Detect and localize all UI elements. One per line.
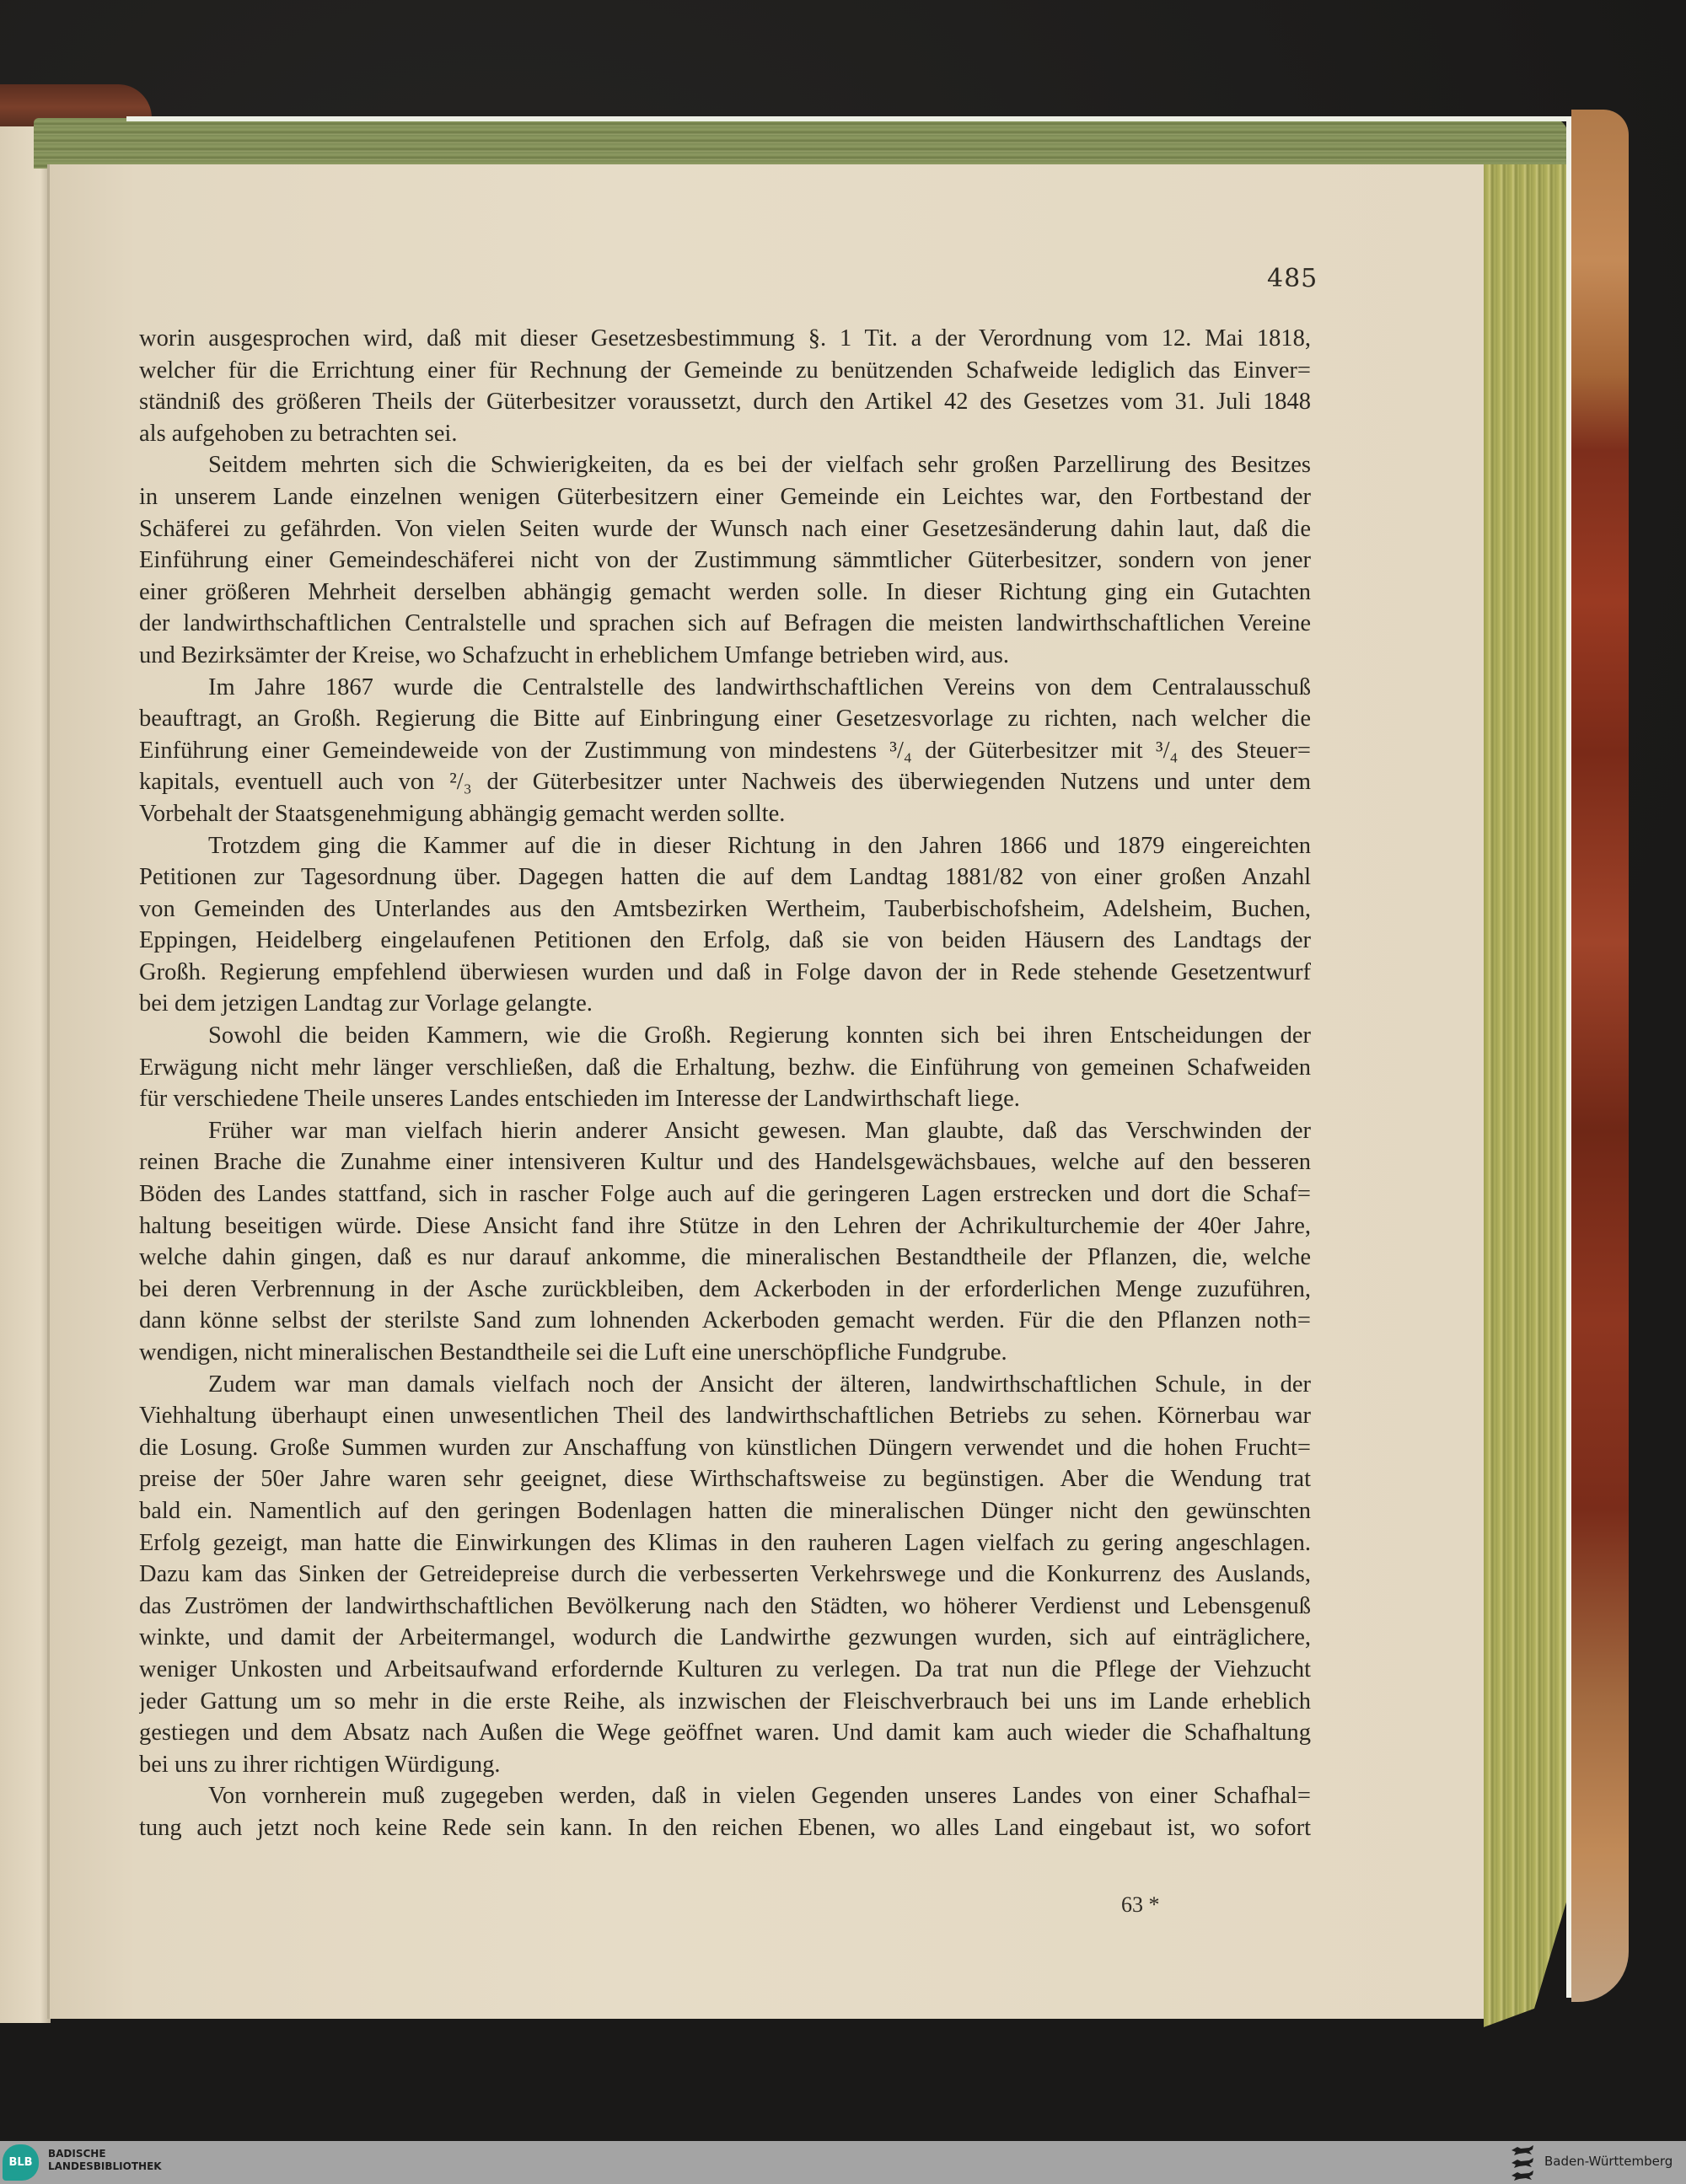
text-line: Von vornherein muß zugegeben werden, daß… xyxy=(139,1780,1311,1812)
text-line: winkte, und damit der Arbeitermangel, wo… xyxy=(139,1622,1311,1654)
text-line: Schäferei zu gefährden. Von vielen Seite… xyxy=(139,513,1311,545)
text-line: reinen Brache die Zunahme einer intensiv… xyxy=(139,1146,1311,1178)
text-line: Dazu kam das Sinken der Getreidepreise d… xyxy=(139,1559,1311,1591)
text-line: weniger Unkosten und Arbeitsaufwand erfo… xyxy=(139,1654,1311,1686)
text-line: für verschiedene Theile unseres Landes e… xyxy=(139,1083,1311,1115)
left-page-edge xyxy=(0,126,51,2023)
text-line: beauftragt, an Großh. Regierung die Bitt… xyxy=(139,703,1311,735)
paragraph-7: Zudem war man damals vielfach noch der A… xyxy=(139,1369,1311,1781)
text-line: Böden des Landes stattfand, sich in rasc… xyxy=(139,1178,1311,1210)
right-page-edge-highlight xyxy=(1566,118,1571,1998)
text-line: jeder Gattung um so mehr in die erste Re… xyxy=(139,1686,1311,1718)
text-line: Früher war man vielfach hierin anderer A… xyxy=(139,1115,1311,1147)
text-line: dann könne selbst der sterilste Sand zum… xyxy=(139,1305,1311,1337)
blb-logo-line-1: BADISCHE xyxy=(48,2148,162,2160)
blb-logo-badge[interactable]: BLB xyxy=(3,2144,39,2181)
text-line: Erfolg gezeigt, man hatte die Einwirkung… xyxy=(139,1527,1311,1559)
right-book-cover xyxy=(1571,110,1629,2002)
sheet-signature: 63 * xyxy=(1121,1892,1160,1918)
text-line: bei uns zu ihrer richtigen Würdigung. xyxy=(139,1749,1311,1781)
text-line: einer größeren Mehrheit derselben abhäng… xyxy=(139,577,1311,609)
text-line: Trotzdem ging die Kammer auf die in dies… xyxy=(139,830,1311,862)
paragraph-1: worin ausgesprochen wird, daß mit dieser… xyxy=(139,323,1311,449)
blb-logo-text[interactable]: BADISCHE LANDESBIBLIOTHEK xyxy=(48,2148,162,2173)
text-line: in unserem Lande einzelnen wenigen Güter… xyxy=(139,481,1311,513)
text-line: Zudem war man damals vielfach noch der A… xyxy=(139,1369,1311,1401)
paragraph-4: Trotzdem ging die Kammer auf die in dies… xyxy=(139,830,1311,1021)
text-line: Vorbehalt der Staatsgenehmigung abhängig… xyxy=(139,798,1311,830)
paragraph-5: Sowohl die beiden Kammern, wie die Großh… xyxy=(139,1020,1311,1115)
text-line: preise der 50er Jahre waren sehr geeigne… xyxy=(139,1463,1311,1495)
text-line: welche dahin gingen, daß es nur darauf a… xyxy=(139,1242,1311,1274)
top-page-edges xyxy=(34,118,1568,169)
text-line: wendigen, nicht mineralischen Bestandthe… xyxy=(139,1337,1311,1369)
page-number: 485 xyxy=(1267,264,1318,293)
text-line: Einführung einer Gemeindeschäferei nicht… xyxy=(139,545,1311,577)
text-line: Sowohl die beiden Kammern, wie die Großh… xyxy=(139,1020,1311,1052)
text-line: tung auch jetzt noch keine Rede sein kan… xyxy=(139,1812,1311,1844)
text-line: Im Jahre 1867 wurde die Centralstelle de… xyxy=(139,672,1311,704)
text-line: kapitals, eventuell auch von ²/₃ der Güt… xyxy=(139,766,1311,798)
text-line: Einführung einer Gemeindeweide von der Z… xyxy=(139,735,1311,767)
blb-logo-line-2: LANDESBIBLIOTHEK xyxy=(48,2160,162,2173)
text-line: bei deren Verbrennung in der Asche zurüc… xyxy=(139,1274,1311,1306)
paragraph-3: Im Jahre 1867 wurde die Centralstelle de… xyxy=(139,672,1311,830)
text-line: Eppingen, Heidelberg eingelaufenen Petit… xyxy=(139,925,1311,957)
text-line: Seitdem mehrten sich die Schwierigkeiten… xyxy=(139,449,1311,481)
right-page-edges xyxy=(1484,164,1568,2027)
text-line: und Bezirksämter der Kreise, wo Schafzuc… xyxy=(139,640,1311,672)
text-line: Großh. Regierung empfehlend überwiesen w… xyxy=(139,957,1311,989)
lions-coat-of-arms-icon xyxy=(1509,2143,1536,2183)
text-line: worin ausgesprochen wird, daß mit dieser… xyxy=(139,323,1311,355)
text-line: haltung beseitigen würde. Diese Ansicht … xyxy=(139,1210,1311,1242)
text-line: Viehhaltung überhaupt einen unwesentlich… xyxy=(139,1400,1311,1432)
paragraph-6: Früher war man vielfach hierin anderer A… xyxy=(139,1115,1311,1369)
baden-wuerttemberg-logo-text[interactable]: Baden-Württemberg xyxy=(1544,2154,1673,2169)
text-line: Erwägung nicht mehr länger verschließen,… xyxy=(139,1052,1311,1084)
text-line: ständniß des größeren Theils der Güterbe… xyxy=(139,386,1311,418)
footer-bar: BLB BADISCHE LANDESBIBLIOTHEK Baden-Würt… xyxy=(0,2141,1686,2184)
text-line: bald ein. Namentlich auf den geringen Bo… xyxy=(139,1495,1311,1527)
text-line: die Losung. Große Summen wurden zur Ansc… xyxy=(139,1432,1311,1464)
top-page-edge-highlight xyxy=(126,116,1572,121)
text-line: Petitionen zur Tagesordnung über. Dagege… xyxy=(139,861,1311,893)
text-line: gestiegen und dem Absatz nach Außen die … xyxy=(139,1717,1311,1749)
text-line: bei dem jetzigen Landtag zur Vorlage gel… xyxy=(139,988,1311,1020)
text-line: welcher für die Errichtung einer für Rec… xyxy=(139,355,1311,387)
text-line: als aufgehoben zu betrachten sei. xyxy=(139,418,1311,450)
text-line: von Gemeinden des Unterlandes aus den Am… xyxy=(139,893,1311,926)
text-line: das Zuströmen der landwirthschaftlichen … xyxy=(139,1591,1311,1623)
book-page: 485 worin ausgesprochen wird, daß mit di… xyxy=(49,164,1484,2019)
text-line: der landwirthschaftlichen Centralstelle … xyxy=(139,608,1311,640)
body-text: worin ausgesprochen wird, daß mit dieser… xyxy=(139,323,1311,1844)
paragraph-8: Von vornherein muß zugegeben werden, daß… xyxy=(139,1780,1311,1843)
paragraph-2: Seitdem mehrten sich die Schwierigkeiten… xyxy=(139,449,1311,671)
gutter-line xyxy=(47,164,50,2019)
